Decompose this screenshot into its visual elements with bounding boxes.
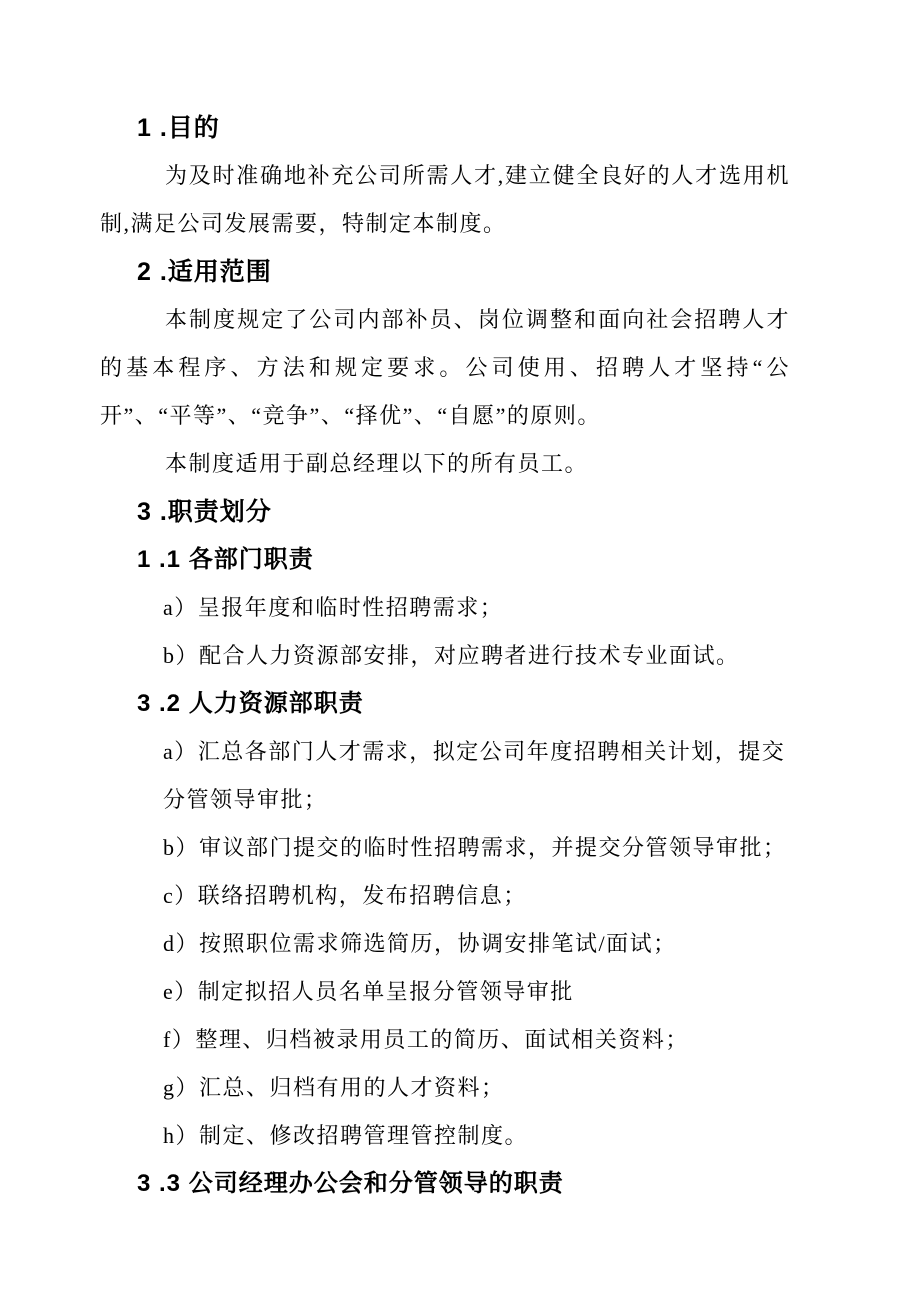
list-item-hr-f: f）整理、归档被录用员工的简历、面试相关资料； [163, 1016, 790, 1064]
heading-responsibilities: 3 .职责划分 [137, 488, 790, 536]
heading-scope: 2 .适用范围 [137, 248, 790, 296]
subheading-management-duties: 3 .3 公司经理办公会和分管领导的职责 [137, 1160, 790, 1208]
document-page: 1 .目的 为及时准确地补充公司所需人才,建立健全良好的人才选用机制,满足公司发… [0, 0, 920, 1301]
paragraph-scope-applicability: 本制度适用于副总经理以下的所有员工。 [100, 440, 790, 488]
list-item-hr-e: e）制定拟招人员名单呈报分管领导审批 [163, 968, 790, 1016]
list-item-hr-c: c）联络招聘机构，发布招聘信息； [163, 872, 790, 920]
list-item-dept-b: b）配合人力资源部安排，对应聘者进行技术专业面试。 [163, 632, 790, 680]
subheading-department-duties: 1 .1 各部门职责 [137, 536, 790, 584]
heading-purpose: 1 .目的 [137, 104, 790, 152]
list-item-hr-a: a）汇总各部门人才需求，拟定公司年度招聘相关计划，提交分管领导审批； [163, 728, 790, 824]
paragraph-purpose: 为及时准确地补充公司所需人才,建立健全良好的人才选用机制,满足公司发展需要，特制… [100, 152, 790, 248]
paragraph-scope-principles: 本制度规定了公司内部补员、岗位调整和面向社会招聘人才的基本程序、方法和规定要求。… [100, 296, 790, 440]
list-item-hr-g: g）汇总、归档有用的人才资料； [163, 1064, 790, 1112]
list-item-dept-a: a）呈报年度和临时性招聘需求； [163, 584, 790, 632]
list-item-hr-h: h）制定、修改招聘管理管控制度。 [163, 1112, 790, 1160]
list-item-hr-d: d）按照职位需求筛选简历，协调安排笔试/面试； [163, 920, 790, 968]
subheading-hr-duties: 3 .2 人力资源部职责 [137, 680, 790, 728]
list-item-hr-b: b）审议部门提交的临时性招聘需求，并提交分管领导审批； [163, 824, 790, 872]
